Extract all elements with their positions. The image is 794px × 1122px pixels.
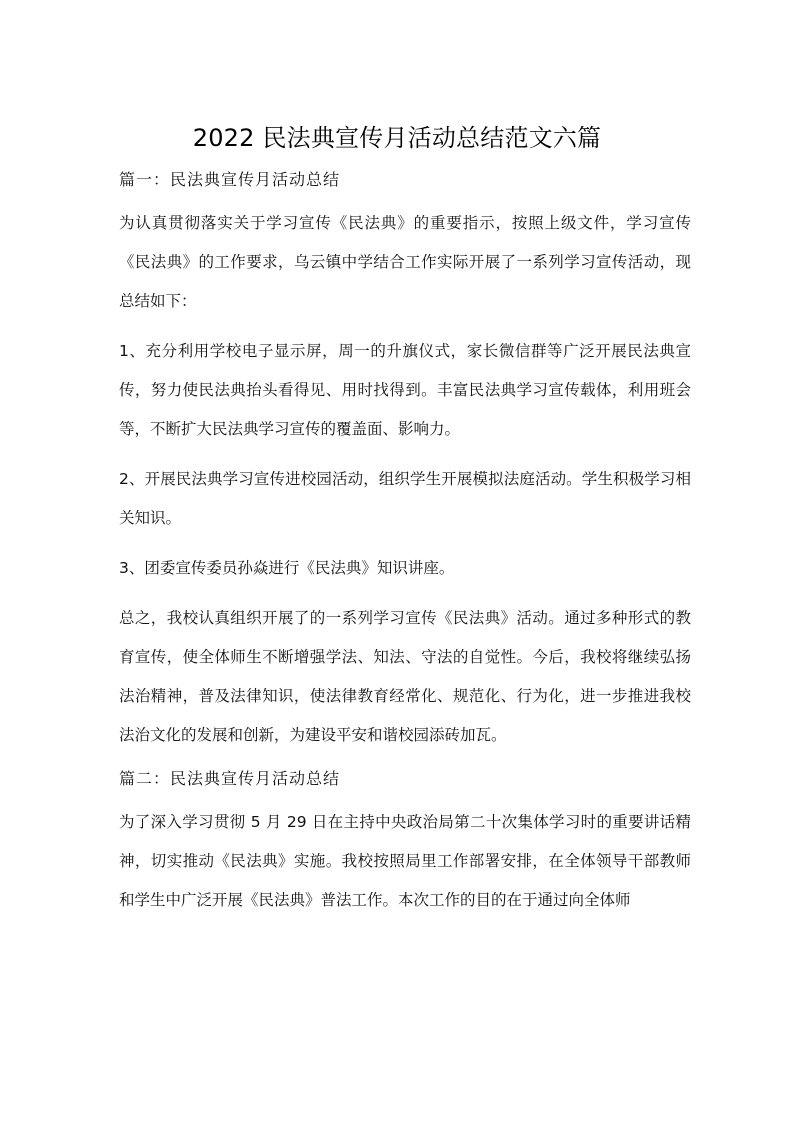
- paragraph-item-2: 2、开展民法典学习宣传进校园活动，组织学生开展模拟法庭活动。学生积极学习相关知识…: [119, 460, 691, 538]
- paragraph-item-1: 1、充分利用学校电子显示屏，周一的升旗仪式，家长微信群等广泛开展民法典宣传，努力…: [119, 332, 691, 449]
- section-1: 篇一：民法典宣传月活动总结 为认真贯彻落实关于学习宣传《民法典》的重要指示，按照…: [119, 166, 691, 755]
- paragraph-conclusion: 总之，我校认真组织开展了的一系列学习宣传《民法典》活动。通过多种形式的教育宣传，…: [119, 599, 691, 755]
- document-body: 篇一：民法典宣传月活动总结 为认真贯彻落实关于学习宣传《民法典》的重要指示，按照…: [119, 166, 691, 931]
- paragraph-intro: 为了深入学习贯彻 5 月 29 日在主持中央政治局第二十次集体学习时的重要讲话精…: [119, 803, 691, 920]
- paragraph-intro: 为认真贯彻落实关于学习宣传《民法典》的重要指示，按照上级文件，学习宣传《民法典》…: [119, 204, 691, 321]
- paragraph-item-3: 3、团委宣传委员孙焱进行《民法典》知识讲座。: [119, 549, 691, 588]
- document-title: 2022 民法典宣传月活动总结范文六篇: [0, 120, 794, 156]
- section-2: 篇二：民法典宣传月活动总结 为了深入学习贯彻 5 月 29 日在主持中央政治局第…: [119, 765, 691, 920]
- section-heading: 篇一：民法典宣传月活动总结: [119, 166, 691, 194]
- section-heading: 篇二：民法典宣传月活动总结: [119, 765, 691, 793]
- document-page: 2022 民法典宣传月活动总结范文六篇 篇一：民法典宣传月活动总结 为认真贯彻落…: [0, 0, 794, 1122]
